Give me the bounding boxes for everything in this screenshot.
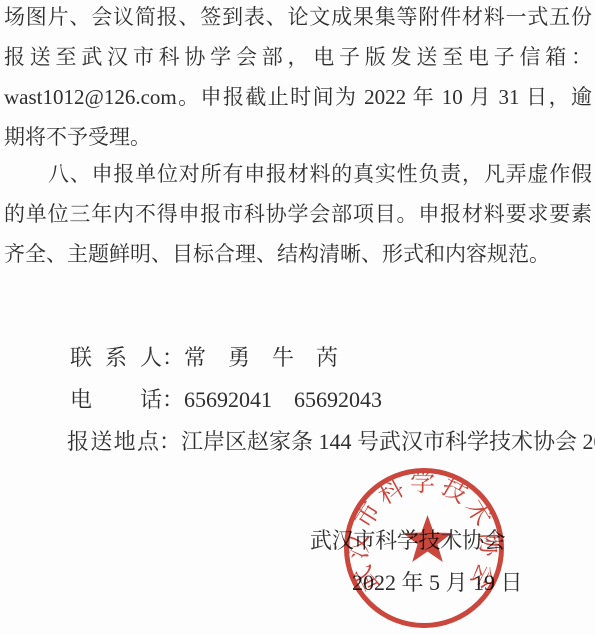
contact-colon: ： <box>159 429 181 454</box>
paragraph-line: wast1012@126.com。申报截止时间为 2022 年 10 月 31 … <box>4 77 592 117</box>
paragraph-item-8: 八、申报单位对所有申报材料的真实性负责，凡弄虚作假 的单位三年内不得申报市科协学… <box>4 154 592 274</box>
star-icon <box>403 515 452 562</box>
paragraph-line: 场图片、会议简报、签到表、论文成果集等附件材料一式五份 <box>4 0 592 37</box>
contact-value: 江岸区赵家条 144 号武汉市科学技术协会 204 室 <box>181 429 595 454</box>
document-page: 场图片、会议简报、签到表、论文成果集等附件材料一式五份 报送至武汉市科协学会部，… <box>0 0 595 635</box>
paragraph-submission-requirements: 场图片、会议简报、签到表、论文成果集等附件材料一式五份 报送至武汉市科协学会部，… <box>4 0 592 157</box>
contact-label: 报送地点 <box>67 430 159 454</box>
official-seal: 武汉市科学技术协会 <box>341 465 507 631</box>
address-row: 报送地点：江岸区赵家条 144 号武汉市科学技术协会 204 室 <box>45 406 595 479</box>
paragraph-line: 的单位三年内不得申报市科协学会部项目。申报材料要求要素 <box>4 194 592 234</box>
paragraph-line: 齐全、主题鲜明、目标合理、结构清晰、形式和内容规范。 <box>4 234 592 274</box>
paragraph-line: 八、申报单位对所有申报材料的真实性负责，凡弄虚作假 <box>4 154 592 194</box>
paragraph-line: 报送至武汉市科协学会部，电子版发送至电子信箱： <box>4 37 592 77</box>
paragraph-line: 期将不予受理。 <box>4 117 592 157</box>
